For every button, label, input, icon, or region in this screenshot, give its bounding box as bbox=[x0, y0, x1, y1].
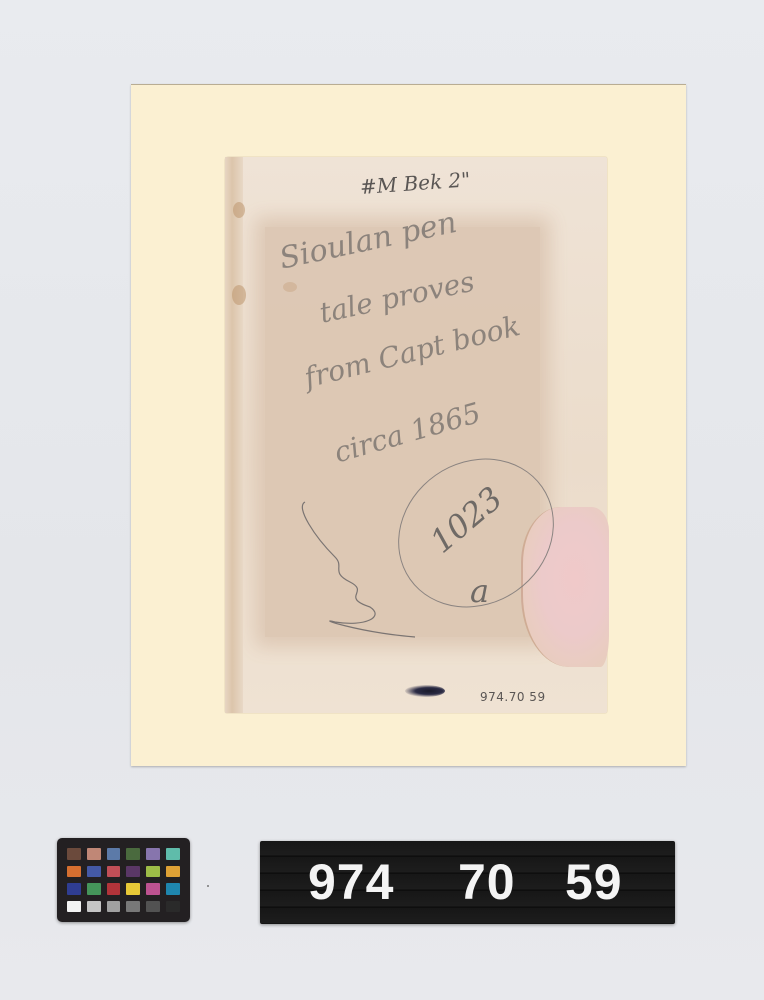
color-patch bbox=[126, 901, 140, 913]
card-worn-edge bbox=[225, 157, 243, 713]
foxing-spot bbox=[283, 282, 297, 292]
foxing-spot bbox=[232, 285, 246, 305]
color-patch bbox=[67, 866, 81, 878]
pencil-squiggle bbox=[295, 497, 425, 647]
color-patch bbox=[107, 883, 121, 895]
dust-speck bbox=[207, 885, 209, 887]
color-patch bbox=[146, 848, 160, 860]
color-patch bbox=[87, 866, 101, 878]
color-checker bbox=[57, 838, 190, 922]
object-number-part-3: 59 bbox=[565, 857, 623, 907]
color-patch bbox=[67, 883, 81, 895]
color-patch bbox=[166, 883, 180, 895]
color-patch bbox=[67, 901, 81, 913]
color-patch bbox=[166, 901, 180, 913]
color-patch bbox=[87, 883, 101, 895]
color-patch bbox=[67, 848, 81, 860]
handwritten-accession-number: 974.70 59 bbox=[480, 690, 546, 704]
color-patch bbox=[126, 848, 140, 860]
object-number-label: 974 70 59 bbox=[260, 841, 675, 924]
color-patch bbox=[126, 866, 140, 878]
color-patch bbox=[146, 901, 160, 913]
color-patch bbox=[126, 883, 140, 895]
inscription-top: #M Bek 2" bbox=[359, 167, 471, 199]
object-number-part-2: 70 bbox=[458, 857, 516, 907]
color-patch bbox=[166, 848, 180, 860]
color-patch bbox=[107, 866, 121, 878]
color-patch bbox=[87, 901, 101, 913]
ink-mark bbox=[405, 685, 445, 697]
color-patch bbox=[107, 901, 121, 913]
color-patch bbox=[87, 848, 101, 860]
inscription-letter: a bbox=[470, 572, 489, 610]
object-number-part-1: 974 bbox=[308, 857, 394, 907]
foxing-spot bbox=[233, 202, 245, 218]
color-patch bbox=[107, 848, 121, 860]
mat-board: #M Bek 2" Sioulan pen tale proves from C… bbox=[131, 84, 686, 766]
color-patch bbox=[146, 883, 160, 895]
color-patch bbox=[146, 866, 160, 878]
color-patch bbox=[166, 866, 180, 878]
photo-card-back: #M Bek 2" Sioulan pen tale proves from C… bbox=[225, 157, 607, 713]
